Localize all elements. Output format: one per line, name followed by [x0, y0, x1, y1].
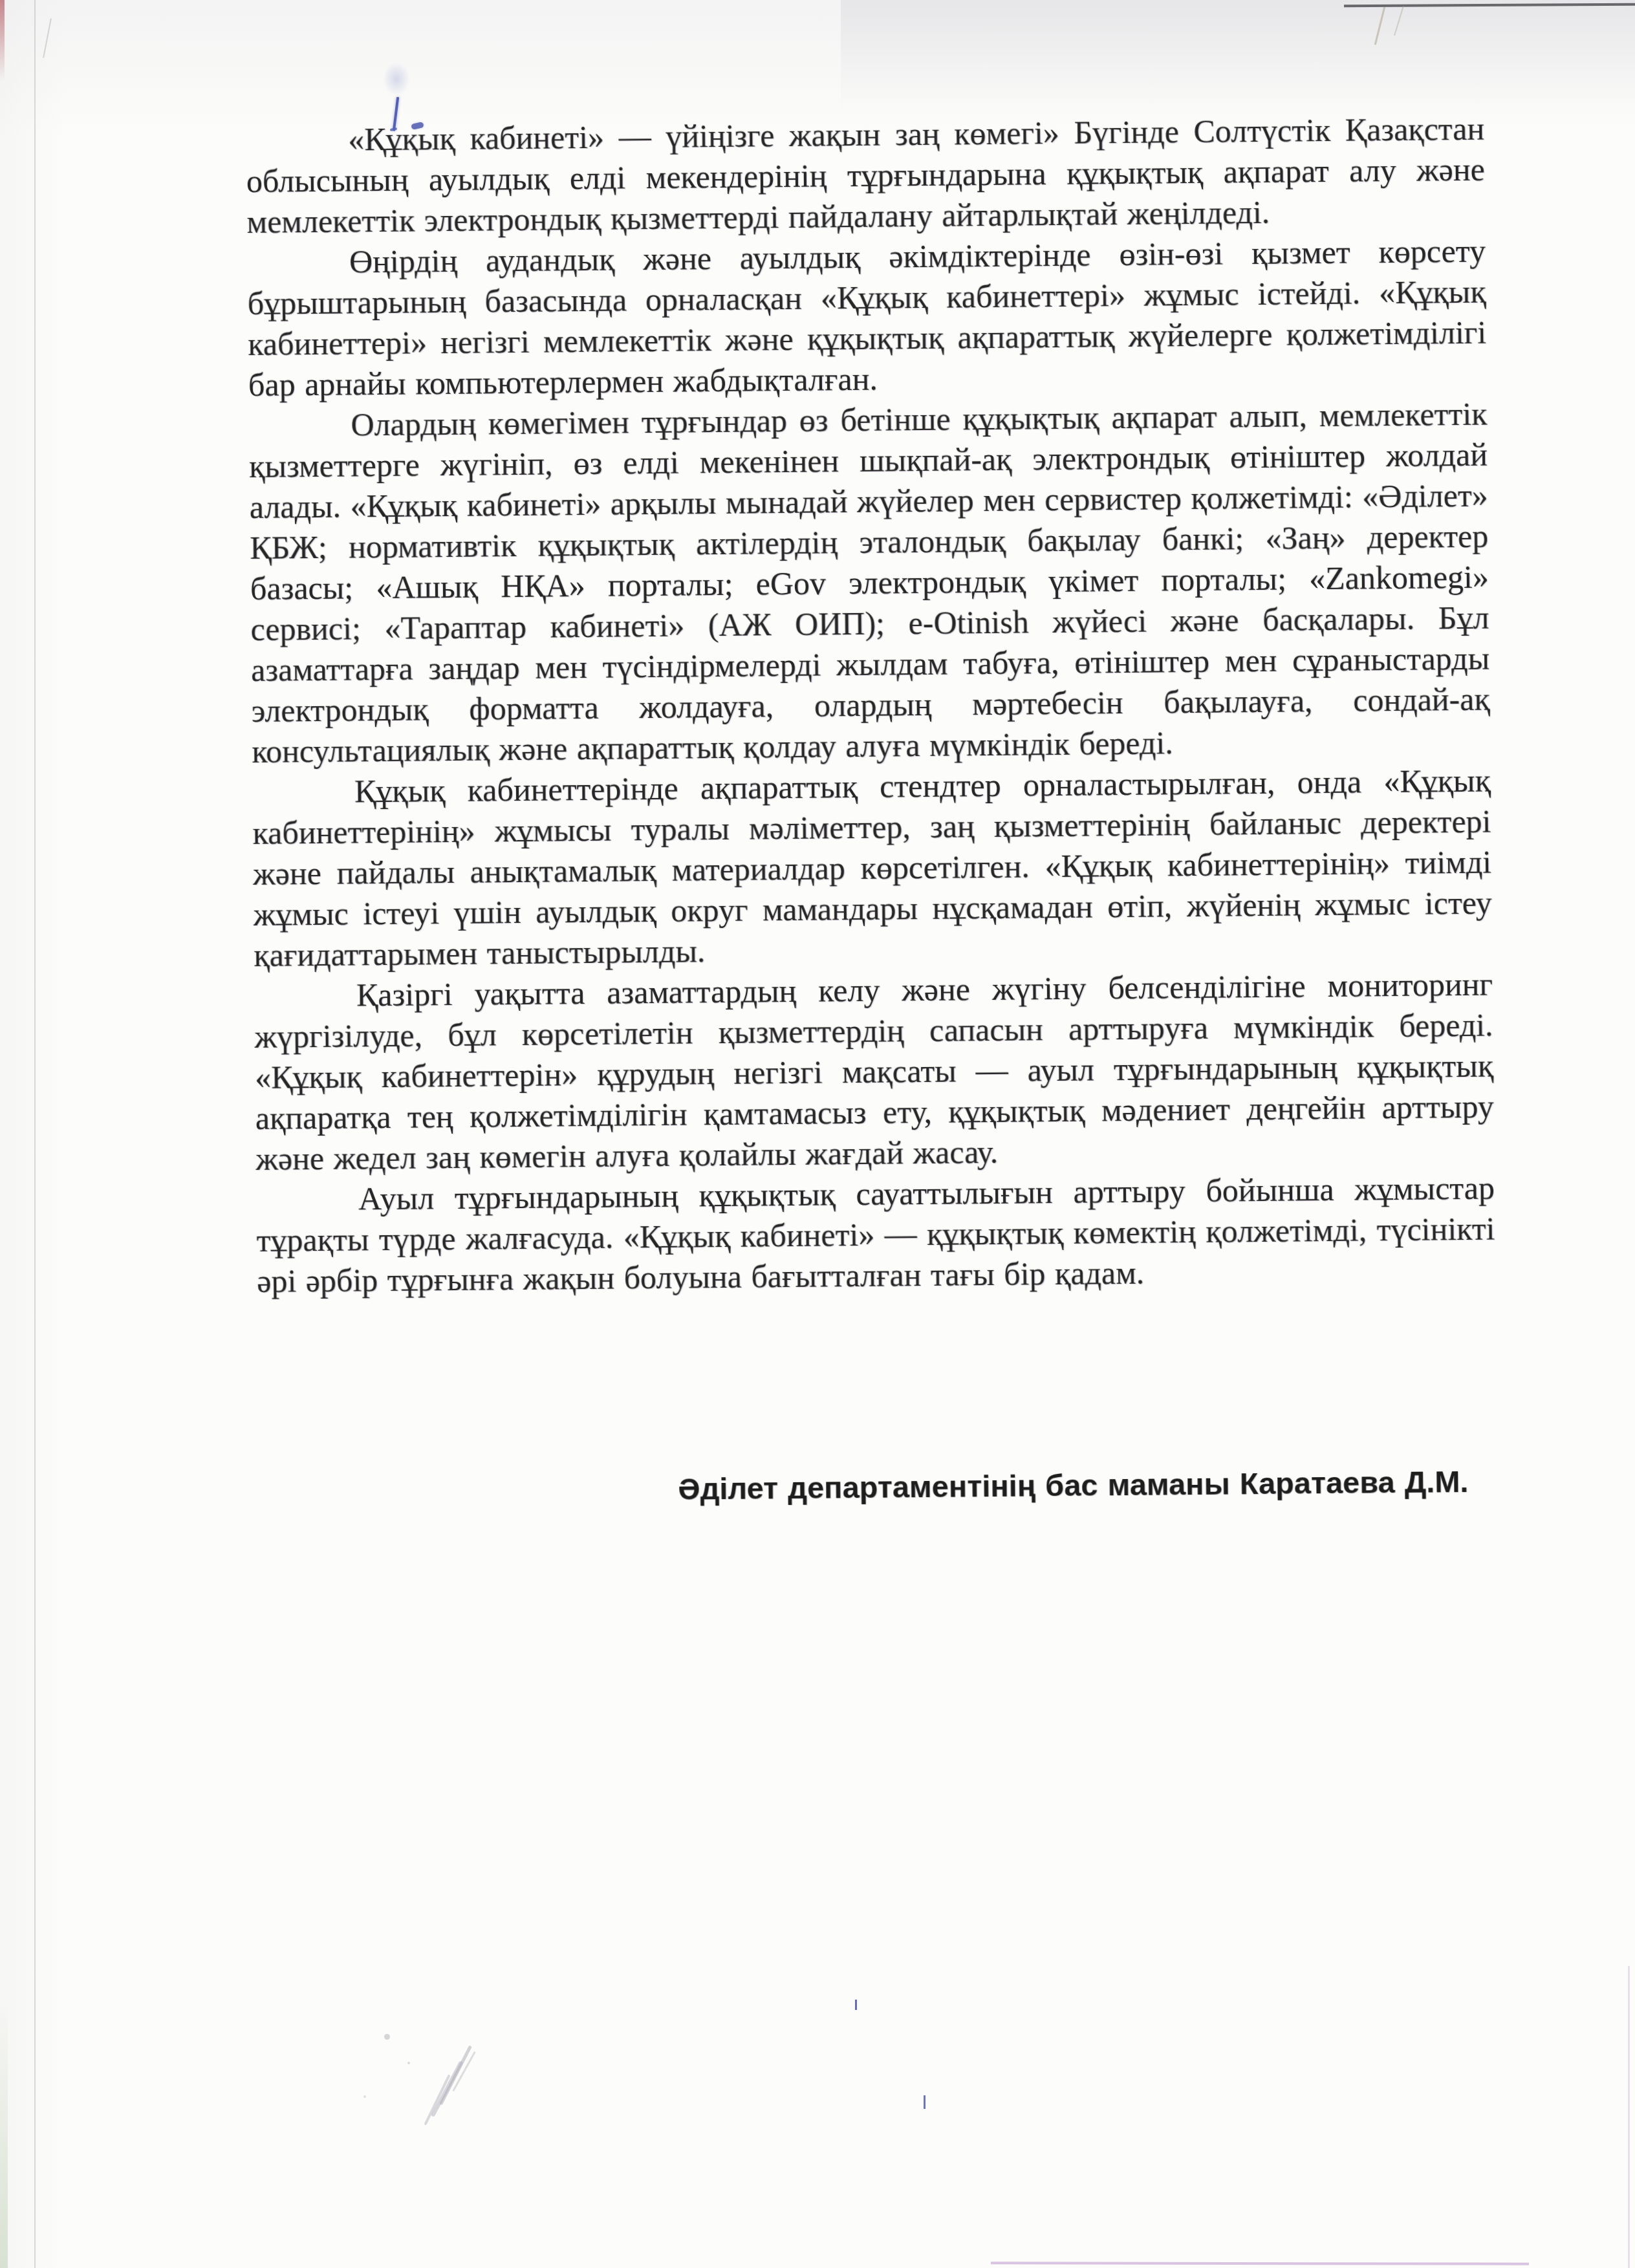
- document-body: «Құқық кабинеті» — үйіңізге жақын заң кө…: [246, 109, 1498, 1511]
- scan-bottom-purple-line: [991, 2262, 1529, 2265]
- scan-scratch-mark: [1374, 7, 1385, 45]
- scan-scratch-mark: [1394, 6, 1404, 36]
- dust-speck: [363, 2095, 366, 2098]
- paragraph-intro: «Құқық кабинеті» — үйіңізге жақын заң кө…: [246, 109, 1486, 243]
- scan-shadow-top-right: [841, 0, 1635, 120]
- scan-right-edge-crease: [1628, 1966, 1630, 2268]
- paragraph-monitoring-goal: Қазіргі уақытта азаматтардың келу және ж…: [254, 964, 1495, 1180]
- paragraph-services-list: Олардың көмегімен тұрғындар өз бетінше қ…: [248, 394, 1490, 772]
- scan-small-gray-mark: [43, 18, 52, 58]
- scan-top-edge-line: [1344, 3, 1635, 7]
- paper-edge-shadow-left: [34, 0, 36, 2268]
- pencil-scribble-stroke: [424, 2074, 450, 2125]
- blue-ink-dash: [855, 2000, 857, 2010]
- signature-line: Әділет департаментінің бас маманы Карата…: [678, 1463, 1497, 1507]
- paragraph-info-stands: Құқық кабинеттерінде ақпараттық стендтер…: [252, 761, 1493, 976]
- scan-edge-red-sliver: [0, 0, 5, 81]
- scanned-document-page: { "document": { "language": "kk", "parag…: [0, 0, 1635, 2268]
- scan-edge-green-tint: [0, 2005, 8, 2268]
- paragraph-conclusion: Ауыл тұрғындарының құқықтық сауаттылығын…: [256, 1168, 1496, 1302]
- dust-speck: [407, 2062, 410, 2064]
- paragraph-cabinets-located: Өңірдің аудандық және ауылдық әкімдіктер…: [247, 231, 1487, 405]
- pencil-scribble-stroke: [452, 2051, 476, 2092]
- pencil-scribble-stroke: [431, 2060, 463, 2117]
- blue-ink-smudge: [383, 62, 410, 96]
- pencil-scribble-stroke: [439, 2045, 472, 2105]
- blue-ink-dash: [924, 2095, 926, 2109]
- dust-speck: [384, 2034, 390, 2040]
